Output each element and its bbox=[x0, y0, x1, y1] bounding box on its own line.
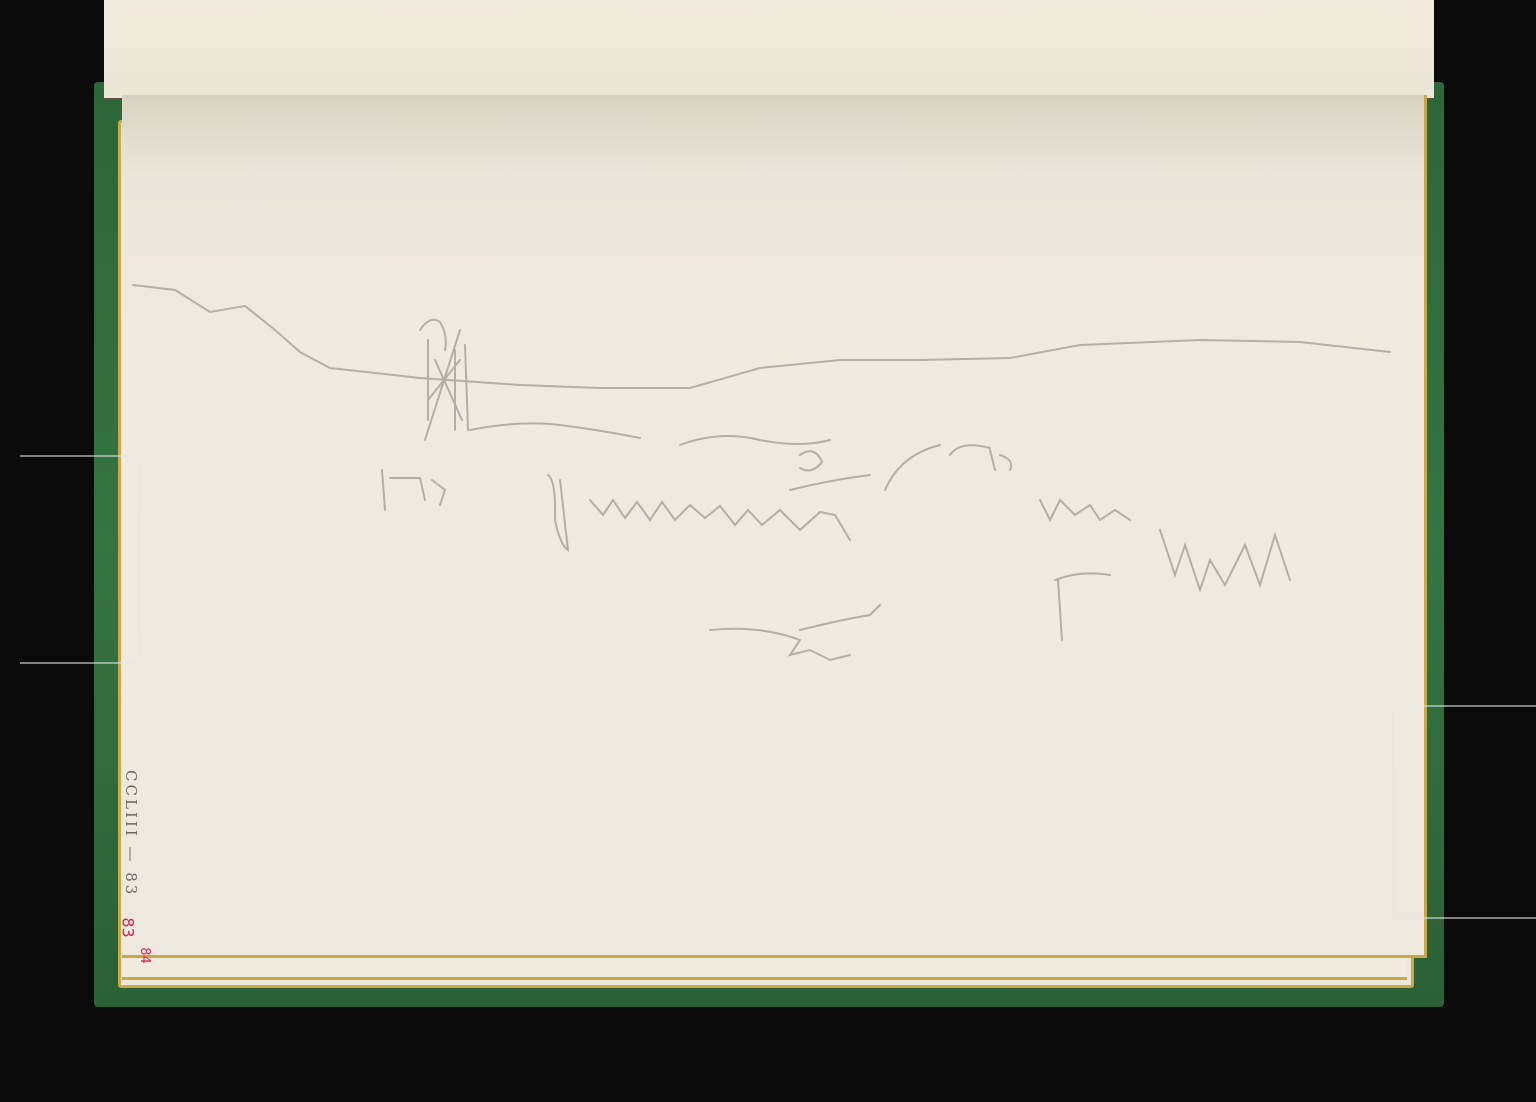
next-page-number-red: 84 bbox=[137, 947, 152, 964]
right-clip bbox=[1392, 705, 1536, 919]
page-number-red: 83 bbox=[119, 917, 138, 937]
left-clip bbox=[20, 455, 140, 664]
pencil-sketch bbox=[0, 0, 1536, 1102]
catalogue-stamp: CCLIII — 83 bbox=[122, 770, 140, 897]
